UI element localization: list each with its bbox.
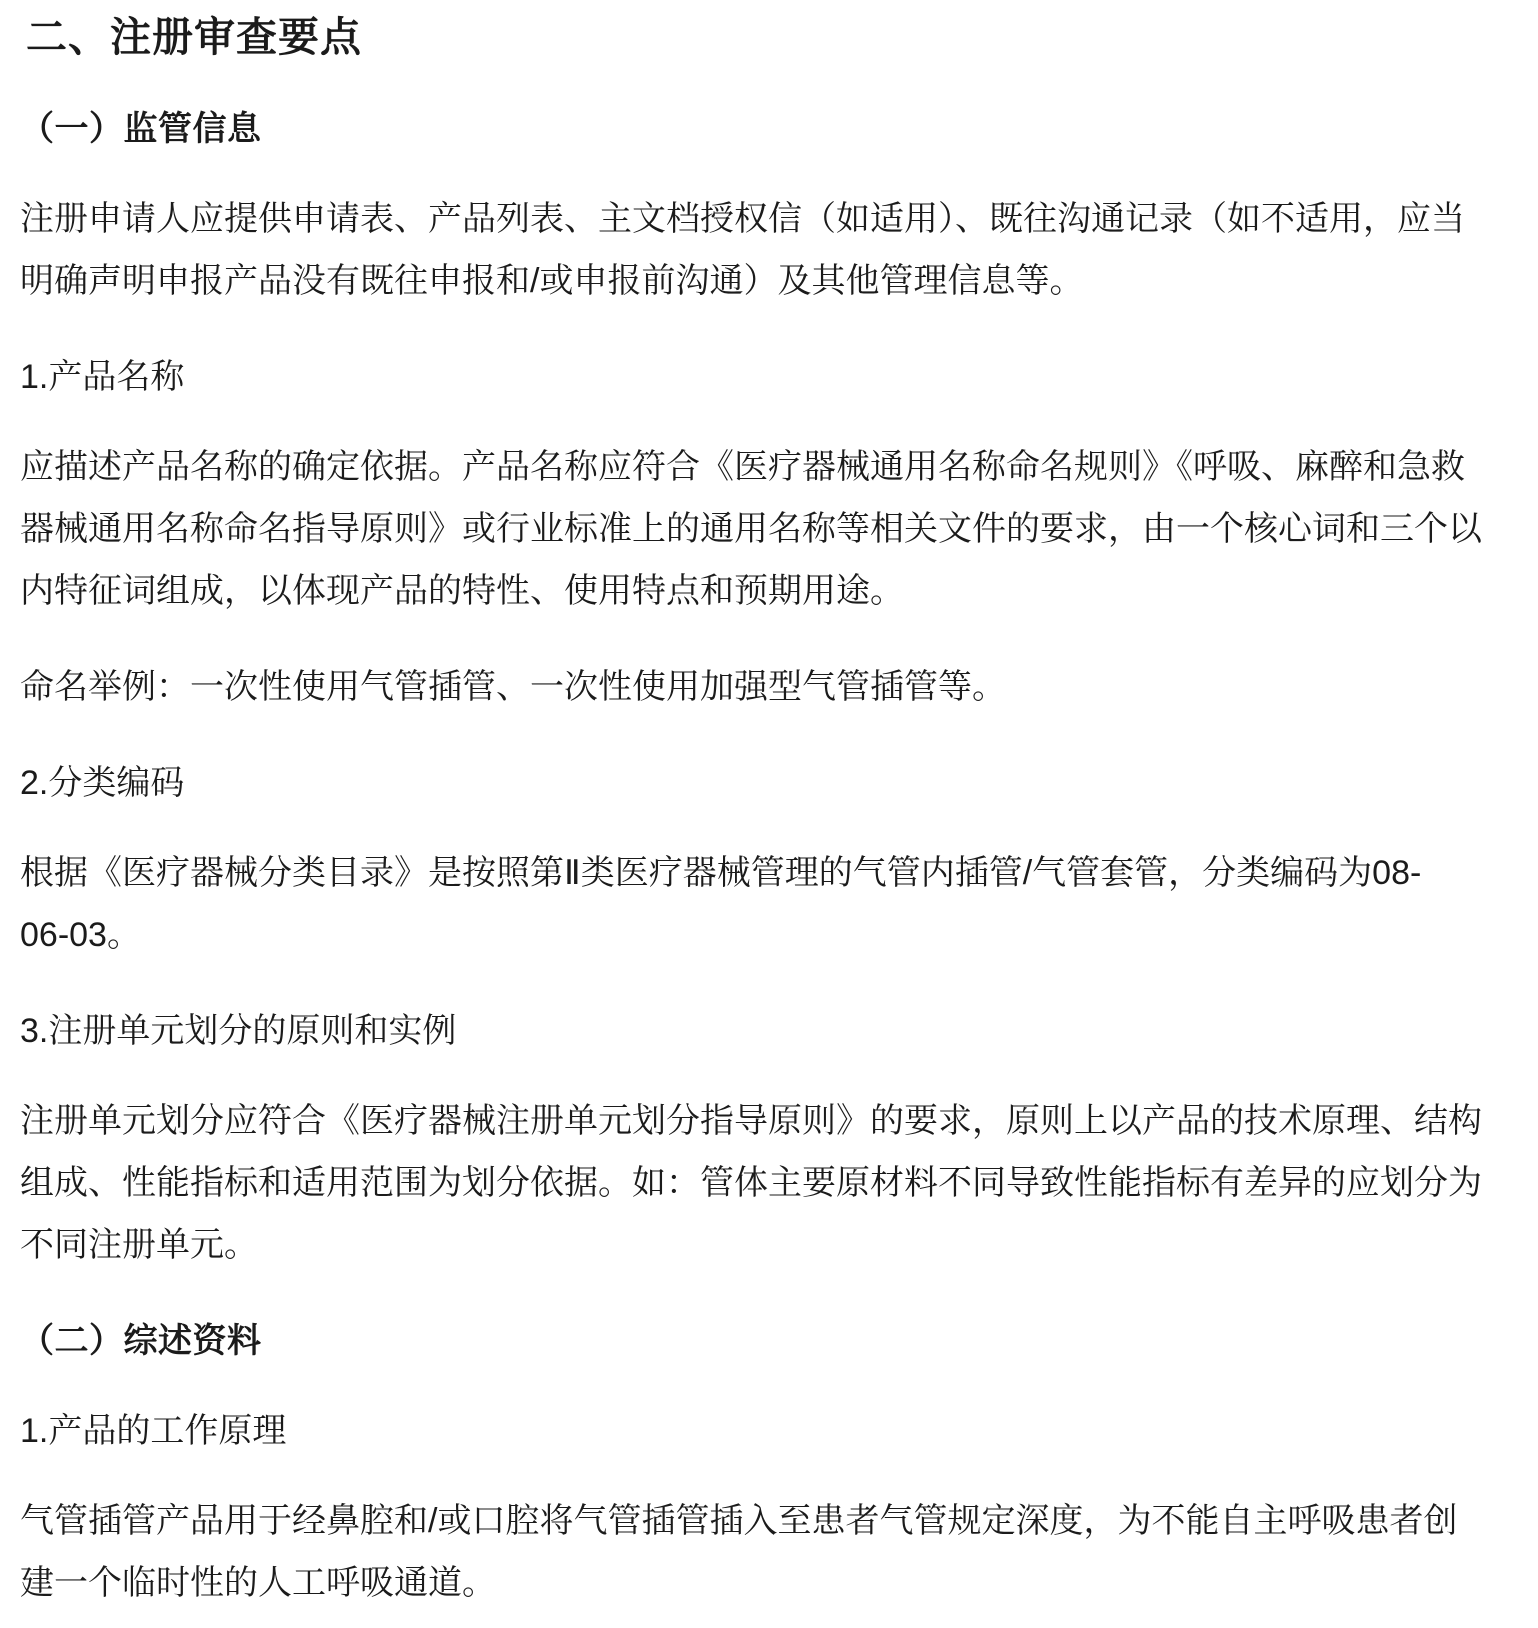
sub-heading-registration-unit-division: 3.注册单元划分的原则和实例 [20,1006,1516,1056]
sub-heading-product-name: 1.产品名称 [20,352,1516,402]
paragraph-registration-unit-principles: 注册单元划分应符合《医疗器械注册单元划分指导原则》的要求，原则上以产品的技术原理… [20,1090,1516,1276]
document-title: 二、注册审查要点 [26,10,1516,64]
paragraph-classification-code: 根据《医疗器械分类目录》是按照第Ⅱ类医疗器械管理的气管内插管/气管套管，分类编码… [20,842,1516,966]
section-heading-regulatory-info: （一）监管信息 [20,104,1516,154]
sub-heading-classification-code: 2.分类编码 [20,758,1516,808]
sub-heading-working-principle: 1.产品的工作原理 [20,1406,1516,1456]
paragraph-naming-examples: 命名举例：一次性使用气管插管、一次性使用加强型气管插管等。 [20,656,1516,718]
paragraph-working-principle: 气管插管产品用于经鼻腔和/或口腔将气管插管插入至患者气管规定深度，为不能自主呼吸… [20,1490,1516,1614]
section-heading-overview-materials: （二）综述资料 [20,1316,1516,1366]
article-page: 二、注册审查要点 （一）监管信息 注册申请人应提供申请表、产品列表、主文档授权信… [0,0,1538,1628]
paragraph-application-materials: 注册申请人应提供申请表、产品列表、主文档授权信（如适用）、既往沟通记录（如不适用… [20,188,1516,312]
paragraph-product-naming-rules: 应描述产品名称的确定依据。产品名称应符合《医疗器械通用名称命名规则》《呼吸、麻醉… [20,436,1516,622]
